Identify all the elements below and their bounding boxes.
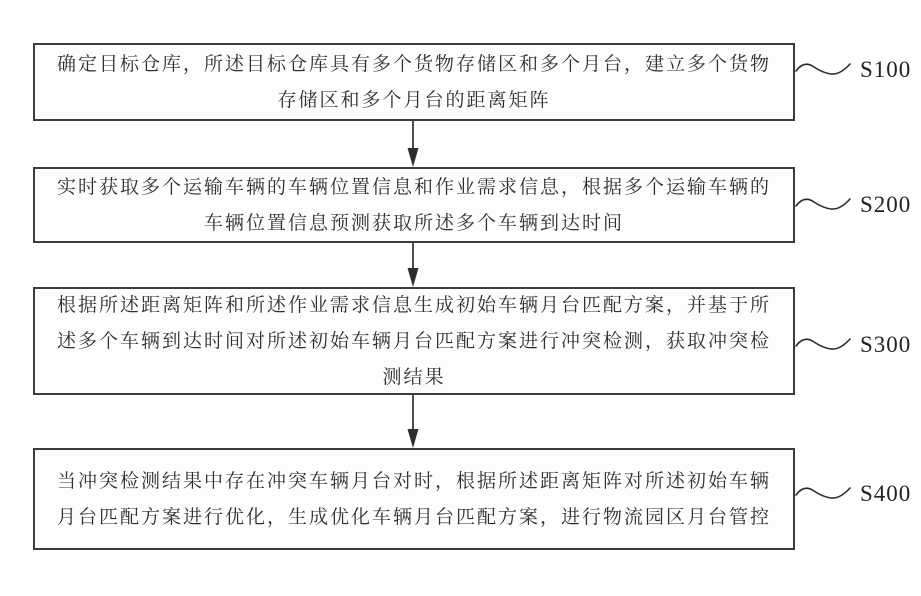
step-ref-text: S300 <box>860 332 911 358</box>
step-label-s100: S100 <box>795 57 911 83</box>
step-text-line: 当冲突检测结果中存在冲突车辆月台对时，根据所述距离矩阵对所述初始车辆 <box>57 463 771 499</box>
step-label-s400: S400 <box>795 481 911 507</box>
step-box-s300: 根据所述距离矩阵和所述作业需求信息生成初始车辆月台匹配方案，并基于所 述多个车辆… <box>33 287 795 395</box>
squiggle-connector-icon <box>795 335 853 355</box>
down-arrow <box>405 243 421 287</box>
step-ref-text: S400 <box>860 481 911 507</box>
step-text-line: 确定目标仓库，所述目标仓库具有多个货物存储区和多个月台，建立多个货物 <box>57 46 771 82</box>
squiggle-connector-icon <box>795 195 853 215</box>
step-text-line: 存储区和多个月台的距离矩阵 <box>277 82 550 118</box>
step-text-line: 述多个车辆到达时间对所述初始车辆月台匹配方案进行冲突检测，获取冲突检 <box>57 323 771 359</box>
squiggle-connector-icon <box>795 484 853 504</box>
step-text-line: 测结果 <box>382 359 445 395</box>
step-text-line: 车辆位置信息预测获取所述多个车辆到达时间 <box>204 205 624 241</box>
step-text-line: 月台匹配方案进行优化，生成优化车辆月台匹配方案，进行物流园区月台管控 <box>57 499 771 535</box>
patent-flowchart: 确定目标仓库，所述目标仓库具有多个货物存储区和多个月台，建立多个货物 存储区和多… <box>0 0 921 596</box>
step-text-line: 实时获取多个运输车辆的车辆位置信息和作业需求信息，根据多个运输车辆的 <box>57 169 771 205</box>
step-box-s200: 实时获取多个运输车辆的车辆位置信息和作业需求信息，根据多个运输车辆的 车辆位置信… <box>33 167 795 243</box>
down-arrow <box>405 395 421 448</box>
step-label-s200: S200 <box>795 192 911 218</box>
step-ref-text: S100 <box>860 57 911 83</box>
step-box-s100: 确定目标仓库，所述目标仓库具有多个货物存储区和多个月台，建立多个货物 存储区和多… <box>33 43 795 121</box>
step-text-line: 根据所述距离矩阵和所述作业需求信息生成初始车辆月台匹配方案，并基于所 <box>57 287 771 323</box>
squiggle-connector-icon <box>795 60 853 80</box>
down-arrow <box>405 121 421 167</box>
step-label-s300: S300 <box>795 332 911 358</box>
step-box-s400: 当冲突检测结果中存在冲突车辆月台对时，根据所述距离矩阵对所述初始车辆 月台匹配方… <box>33 448 795 550</box>
step-ref-text: S200 <box>860 192 911 218</box>
